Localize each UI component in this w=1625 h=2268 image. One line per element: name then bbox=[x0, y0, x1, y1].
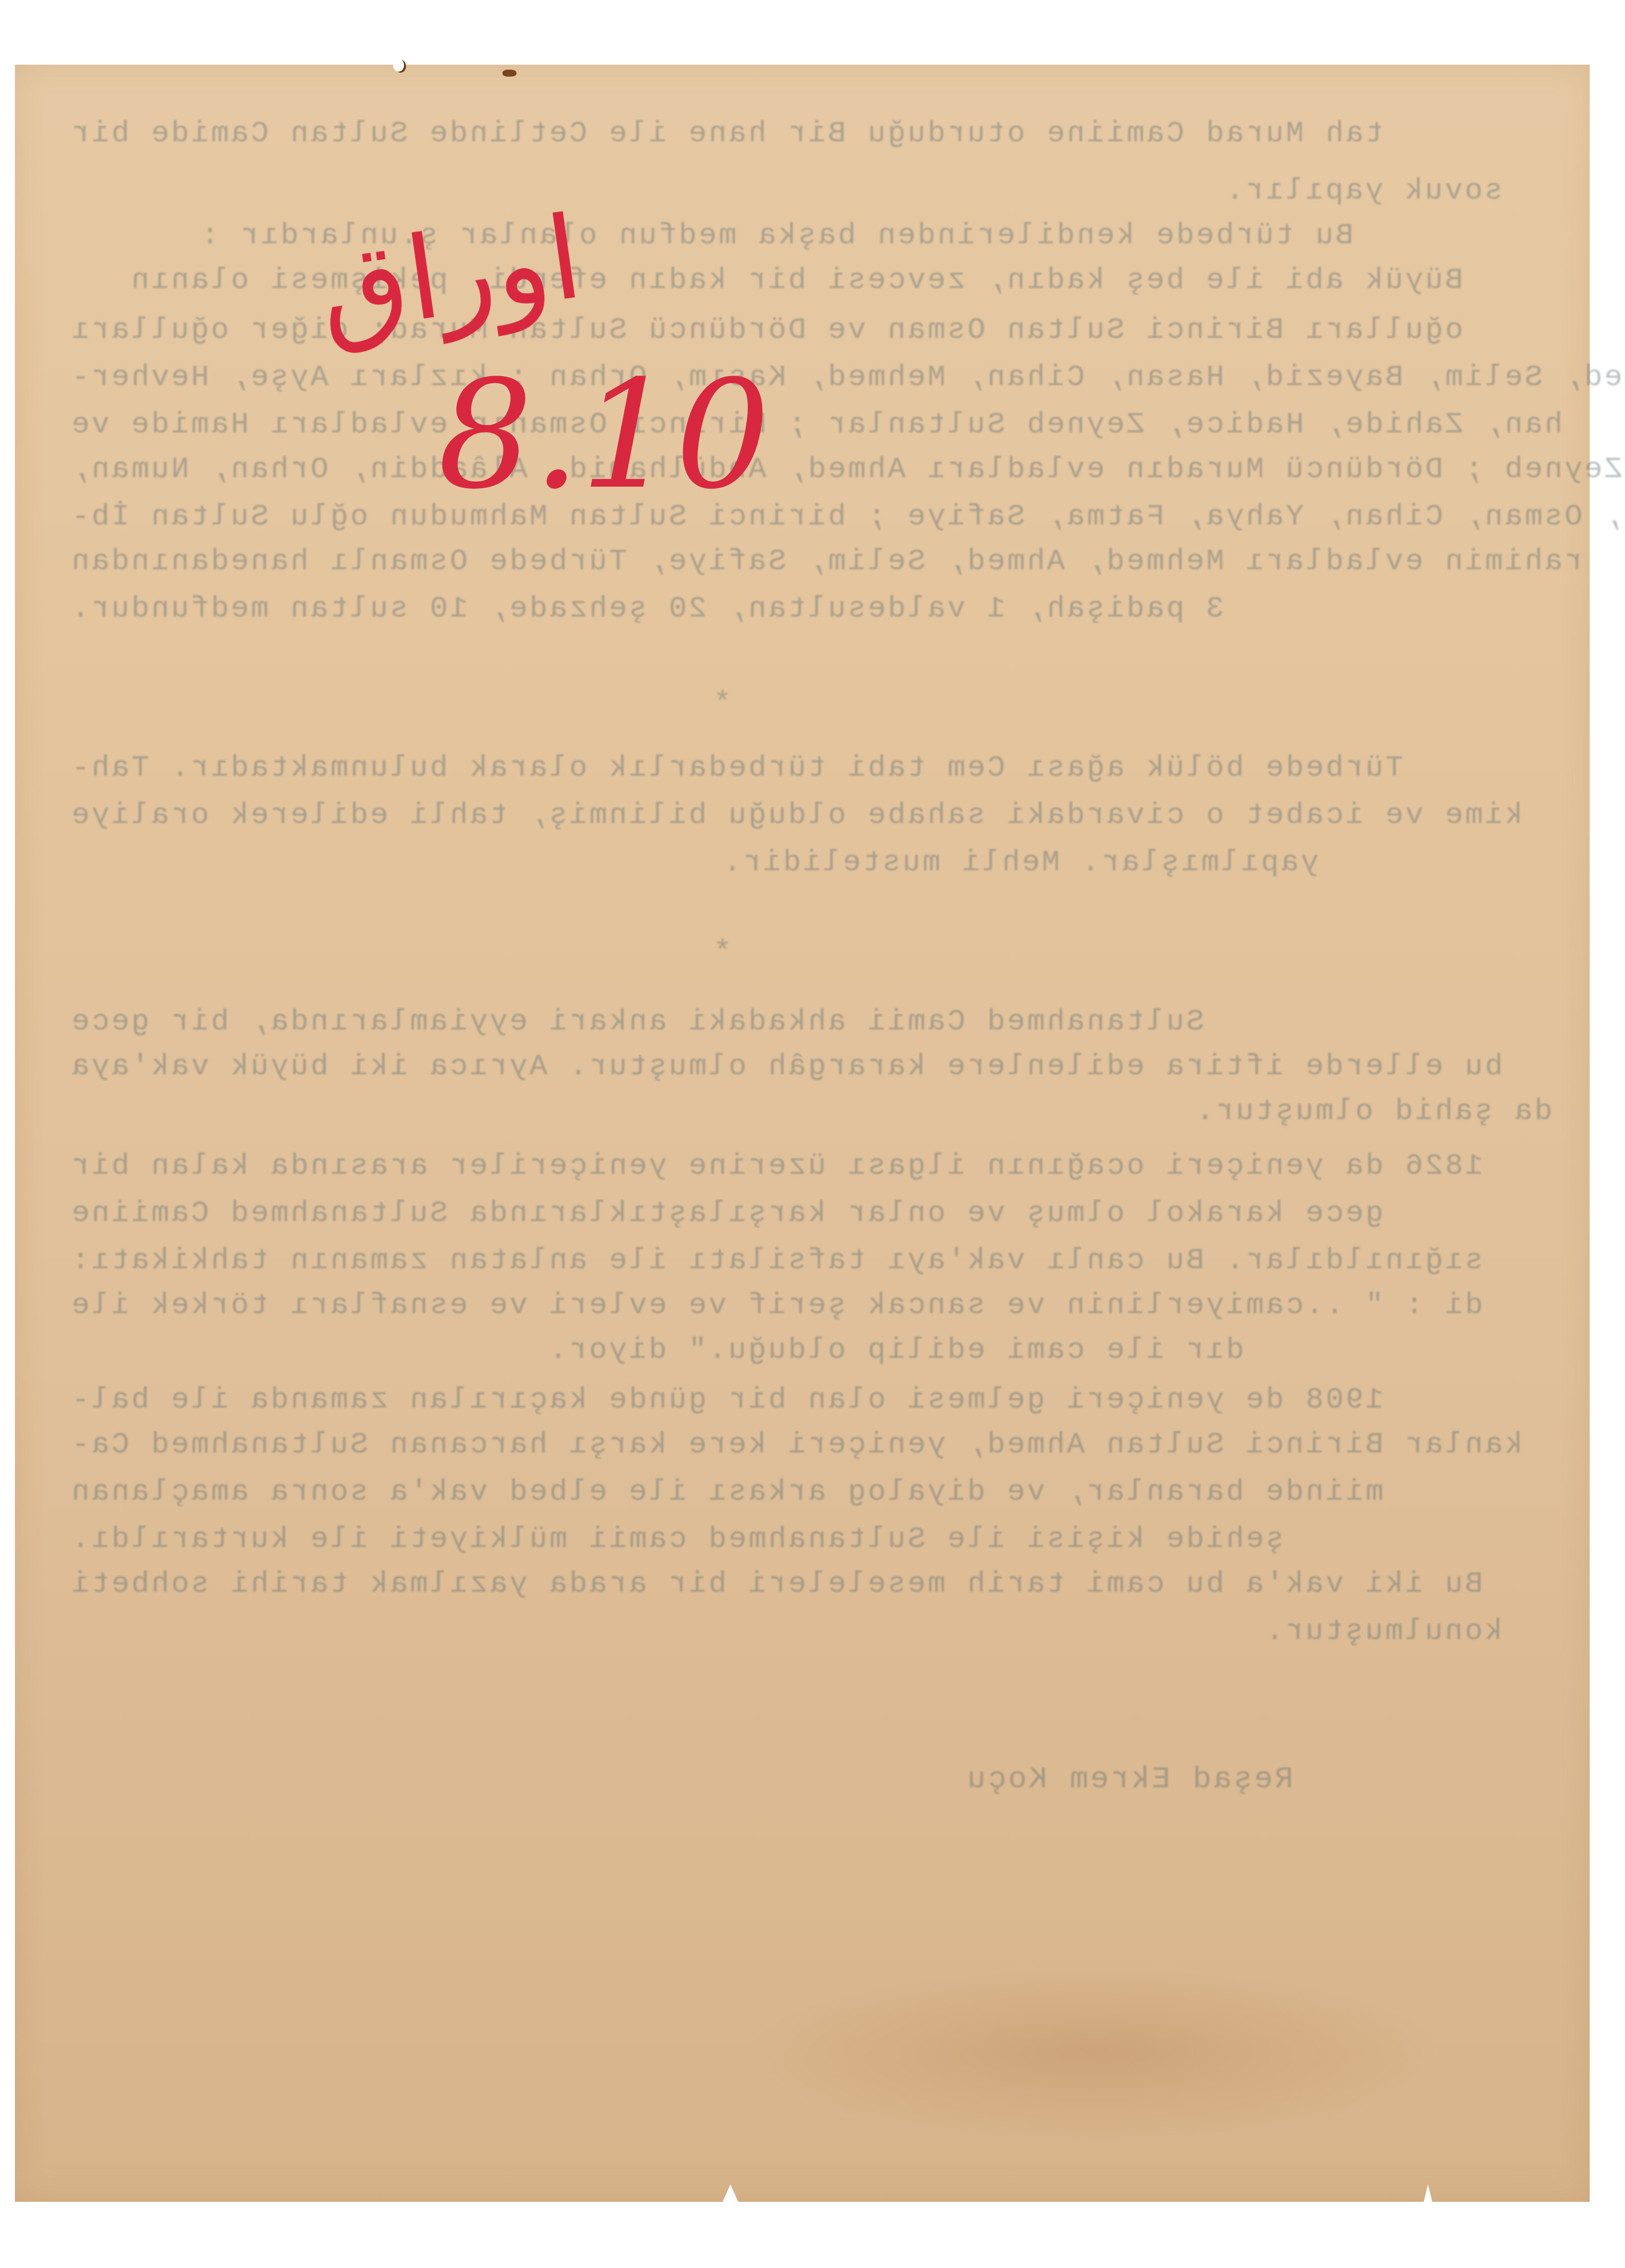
section-separator: * bbox=[711, 687, 731, 721]
text-line: gece karakol olmuş ve onlar karşılaştıkl… bbox=[70, 1197, 1383, 1231]
text-line: kanlar Birinci Sultan Ahmed, yeniçeri ke… bbox=[70, 1428, 1523, 1462]
text-line: tah Murad Camiine oturduğu Bir hane ile … bbox=[70, 117, 1383, 151]
text-line: Sultanahmed Camii ahkadaki ankari eyyiam… bbox=[70, 1005, 1204, 1039]
text-line: han, Zahide, Hadice, Zeyneb Sultanlar ; … bbox=[70, 408, 1562, 442]
text-line: sığınıldılar. Bu canlı vak'ayı tafsilatı… bbox=[70, 1244, 1483, 1278]
text-line: şehide kişisi ile Sultanahmed camii mülk… bbox=[70, 1523, 1284, 1556]
section-separator: * bbox=[711, 935, 731, 969]
text-line: bu ellerde iftira edilenlere karargâh ol… bbox=[70, 1050, 1503, 1084]
text-line: Mahmud, Osman, Cihan, Yahya, Fatma, Safi… bbox=[70, 500, 1625, 534]
text-line: kime ve icabet o civardaki sahabe olduğu… bbox=[70, 799, 1523, 832]
text-line: Zeyneb ; Dördüncü Muradın evladları Ahme… bbox=[70, 453, 1622, 487]
handwritten-page-number: 8.10 bbox=[438, 348, 770, 522]
text-line: Bu iki vak'a bu cami tarih meseleleri bi… bbox=[70, 1567, 1483, 1601]
text-line: konulmuştur. bbox=[1264, 1615, 1503, 1649]
text-line: dır ile cami edilip olduğu." diyor. bbox=[547, 1334, 1244, 1367]
signature: Reşad Ekrem Koçu bbox=[965, 1761, 1293, 1797]
text-line: Ahmed, Selim, Bayezid, Hasan, Cihan, Meh… bbox=[70, 361, 1625, 395]
text-line: oğulları Birinci Sultan Osman ve Dördünc… bbox=[70, 313, 1463, 347]
text-line: 1826 da yeniçeri ocağının ilgası üzerine… bbox=[70, 1149, 1483, 1183]
text-line: 3 padişah, 1 valdesultan, 20 şehzade, 10… bbox=[70, 592, 1224, 626]
text-line: 1908 de yeniçeri gelmesi olan bir günde … bbox=[70, 1383, 1383, 1417]
text-line: yapılmışlar. Mehli mustelidir. bbox=[721, 846, 1319, 880]
text-line: Türbede bölük ağası Cem tabi türbedarlık… bbox=[70, 751, 1403, 785]
text-line: di : " ..camiyerlinin ve sancak şerif ve… bbox=[70, 1289, 1483, 1323]
bleed-through-text: tah Murad Camiine oturduğu Bir hane ile … bbox=[0, 0, 1625, 2268]
text-line: rahimin evladları Mehmed, Ahmed, Selim, … bbox=[70, 545, 1582, 579]
text-line: sovuk yapılır. bbox=[1224, 174, 1503, 208]
text-line: miinde baranlar, ve diyalog arkası ile e… bbox=[70, 1475, 1383, 1509]
text-line: da şahid olmuştur. bbox=[1194, 1095, 1552, 1129]
